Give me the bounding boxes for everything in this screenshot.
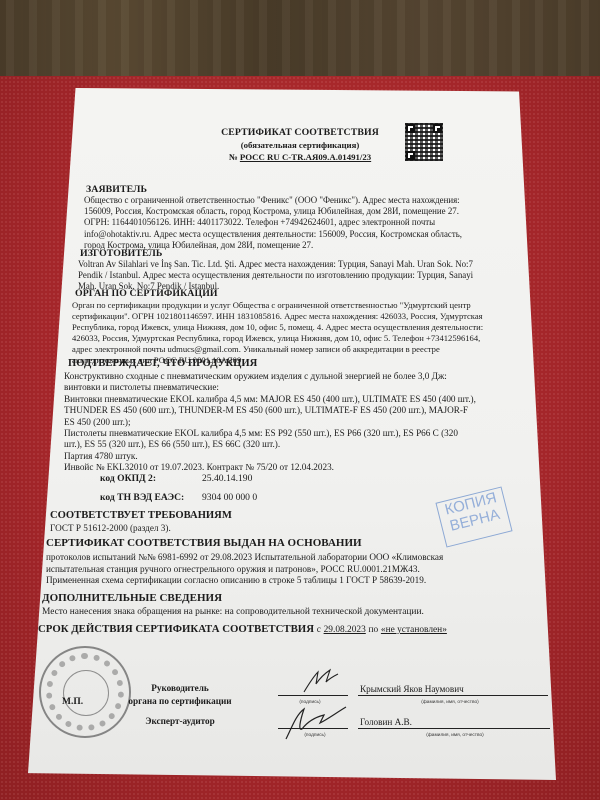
product-text: Конструктивно сходные с пневматическим о… (64, 371, 544, 474)
qr-code-icon[interactable] (405, 123, 443, 161)
tnved-code-label: код ТН ВЭД ЕАЭС: (100, 492, 184, 503)
expert-name-caption: (фамилия, имя, отчество) (405, 730, 505, 741)
head-signature-icon (300, 668, 340, 694)
certificate-document: СЕРТИФИКАТ СООТВЕТСТВИЯ (обязательная се… (0, 0, 600, 800)
product-line: Партия 4780 штук. (64, 451, 544, 462)
head-role-line1: Руководитель (130, 683, 230, 694)
additional-info-heading: ДОПОЛНИТЕЛЬНЫЕ СВЕДЕНИЯ (42, 593, 222, 604)
applicant-heading: ЗАЯВИТЕЛЬ (86, 184, 147, 195)
validity-from-word: с (317, 625, 321, 635)
product-line: Пистолеты пневматические EKOL калибра 4,… (64, 428, 544, 439)
basis-line: протоколов испытаний №№ 6981-6992 от 29.… (46, 552, 546, 564)
head-role-line2: органа по сертификации (120, 696, 240, 707)
basis-heading: СЕРТИФИКАТ СООТВЕТСТВИЯ ВЫДАН НА ОСНОВАН… (46, 538, 362, 549)
compliance-text: ГОСТ Р 51612-2000 (раздел 3). (50, 523, 171, 534)
validity-label: СРОК ДЕЙСТВИЯ СЕРТИФИКАТА СООТВЕТСТВИЯ (38, 623, 314, 635)
certificate-number-value: РОСС RU С-TR.АЯ09.А.01491/23 (240, 152, 371, 162)
product-heading: ПОДТВЕРЖДАЕТ, ЧТО ПРОДУКЦИЯ (68, 358, 257, 369)
seal-place-label: М.П. (62, 697, 83, 708)
expert-signature-caption: (подпись) (295, 730, 335, 741)
product-line: шт.), ES 55 (320 шт.), ES 66 (550 шт.), … (64, 439, 544, 450)
expert-signature-line (278, 728, 348, 729)
compliance-heading: СООТВЕТСТВУЕТ ТРЕБОВАНИЯМ (50, 510, 232, 521)
product-line: Винтовки пневматические EKOL калибра 4,5… (64, 394, 544, 405)
head-name-line (358, 695, 548, 696)
basis-line: испытательная станция ручного огнестрель… (46, 564, 546, 576)
product-line: THUNDER ES 450 (600 шт.), THUNDER-M ES 4… (64, 405, 544, 416)
manufacturer-line: Voltran Av Silahlari ve İnş San. Tic. Lt… (78, 259, 538, 270)
validity-period: СРОК ДЕЙСТВИЯ СЕРТИФИКАТА СООТВЕТСТВИЯ с… (38, 624, 447, 636)
certificate-subtitle: (обязательная сертификация) (180, 140, 420, 151)
copy-certified-stamp: КОПИЯ ВЕРНА (435, 486, 512, 547)
tnved-code-value: 9304 00 000 0 (202, 492, 257, 503)
applicant-line: ОГРН: 1164401056126. ИНН: 4401173022. Те… (84, 217, 534, 228)
certification-body-line: сертификации". ОГРН 1021801146597. ИНН 1… (72, 311, 542, 322)
head-signature-line (278, 695, 348, 696)
validity-to-value: «не установлен» (381, 625, 447, 635)
product-line: винтовки и пистолеты пневматические: (64, 382, 544, 393)
head-name: Крымский Яков Наумович (360, 684, 464, 695)
seal-inner-circle (63, 670, 109, 716)
certification-body-line: 426033, Россия, Удмуртская Республика, г… (72, 333, 542, 344)
manufacturer-line: Pendik / Istanbul. Адрес места осуществл… (78, 270, 538, 281)
okpd-code-value: 25.40.14.190 (202, 473, 252, 484)
head-name-caption: (фамилия, имя, отчество) (400, 697, 500, 708)
qr-finder-icon (433, 124, 442, 133)
additional-info-text: Место нанесения знака обращения на рынке… (42, 607, 424, 618)
certification-body-text: Орган по сертификации продукции и услуг … (72, 300, 542, 366)
qr-finder-icon (406, 151, 415, 160)
basis-line: Примененная схема сертификации согласно … (46, 575, 546, 587)
qr-finder-icon (406, 124, 415, 133)
certification-body-line: Орган по сертификации продукции и услуг … (72, 300, 542, 311)
expert-role: Эксперт-аудитор (130, 716, 230, 727)
basis-text: протоколов испытаний №№ 6981-6992 от 29.… (46, 552, 546, 587)
okpd-code-label: код ОКПД 2: (100, 473, 156, 484)
certification-body-line: адрес электронной почты udmucs@gmail.com… (72, 344, 542, 355)
product-line: Инвойс № EKL32010 от 19.07.2023. Контрак… (64, 462, 544, 473)
validity-to-word: по (368, 625, 378, 635)
applicant-line: Общество с ограниченной ответственностью… (84, 195, 534, 206)
product-line: Конструктивно сходные с пневматическим о… (64, 371, 544, 382)
product-line: ES 450 (200 шт.); (64, 417, 544, 428)
certification-body-line: Республика, город Ижевск, улица Нижняя, … (72, 322, 542, 333)
certification-body-heading: ОРГАН ПО СЕРТИФИКАЦИИ (75, 288, 218, 299)
official-seal (39, 646, 131, 738)
applicant-text: Общество с ограниченной ответственностью… (84, 195, 534, 251)
validity-from-date: 29.08.2023 (324, 625, 366, 635)
expert-name-line (358, 728, 550, 729)
expert-name: Головин А.В. (360, 717, 412, 728)
certificate-number: № РОСС RU С-TR.АЯ09.А.01491/23 (180, 152, 420, 163)
number-sign: № (229, 152, 238, 162)
certificate-title: СЕРТИФИКАТ СООТВЕТСТВИЯ (180, 127, 420, 138)
manufacturer-heading: ИЗГОТОВИТЕЛЬ (80, 248, 163, 259)
applicant-line: 156009, Россия, Костромская область, гор… (84, 206, 534, 217)
applicant-line: info@ohotaktiv.ru. Адрес места осуществл… (84, 229, 534, 240)
